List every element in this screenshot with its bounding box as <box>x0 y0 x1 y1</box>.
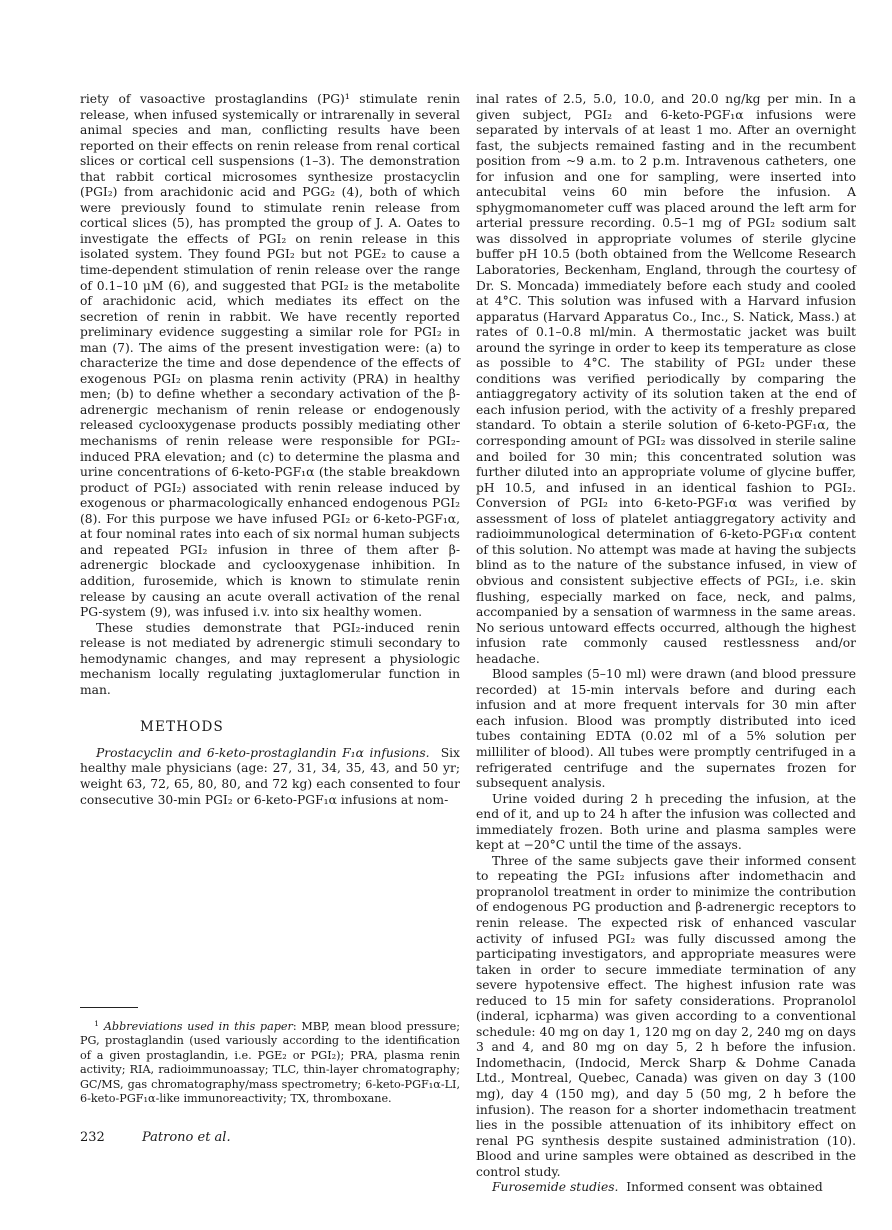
intro-paragraph: riety of vasoactive prostaglandins (PG)¹… <box>80 92 460 621</box>
blood-sampling-paragraph: Blood samples (5–10 ml) were drawn (and … <box>476 667 856 791</box>
footnote-divider <box>80 1007 138 1008</box>
footnote-marker: 1 <box>94 1019 99 1028</box>
furosemide-text: Informed consent was obtained <box>626 1180 823 1194</box>
urine-collection-paragraph: Urine voided during 2 h preceding the in… <box>476 792 856 854</box>
running-head: Patrono et al. <box>142 1130 231 1145</box>
infusion-protocol-paragraph: inal rates of 2.5, 5.0, 10.0, and 20.0 n… <box>476 92 856 667</box>
furosemide-paragraph: Furosemide studies. Informed consent was… <box>476 1180 856 1196</box>
footnote-lead: Abbreviations used in this paper <box>104 1020 293 1033</box>
furosemide-runin-heading: Furosemide studies. <box>492 1180 618 1194</box>
left-column: riety of vasoactive prostaglandins (PG)¹… <box>80 92 460 808</box>
section-heading-methods: METHODS <box>140 720 460 736</box>
indomethacin-propranolol-paragraph: Three of the same subjects gave their in… <box>476 854 856 1180</box>
summary-paragraph: These studies demonstrate that PGI₂-indu… <box>80 621 460 699</box>
methods-paragraph: Prostacyclin and 6-keto-prostaglandin F₁… <box>80 746 460 808</box>
methods-runin-heading: Prostacyclin and 6-keto-prostaglandin F₁… <box>96 746 430 760</box>
page-footer: 232Patrono et al. <box>80 1130 231 1145</box>
right-column: inal rates of 2.5, 5.0, 10.0, and 20.0 n… <box>476 92 856 1196</box>
footnote: 1 Abbreviations used in this paper: MBP,… <box>80 1020 460 1106</box>
page-number: 232 <box>80 1130 142 1145</box>
